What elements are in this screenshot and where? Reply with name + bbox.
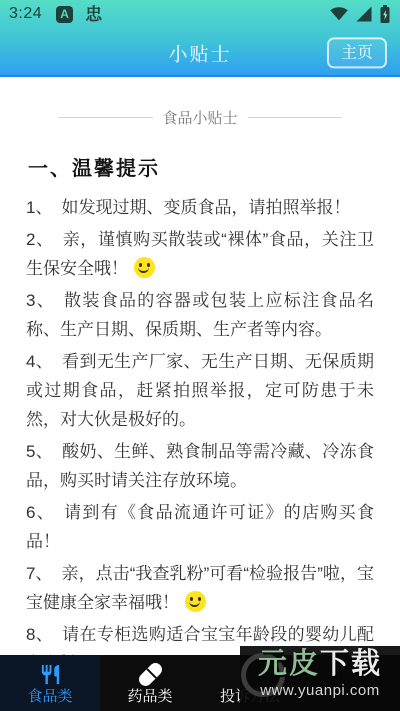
clock-text: 3:24: [9, 5, 42, 23]
tip-number: 5、: [26, 442, 53, 461]
tip-item: 7、亲，点击“我查乳粉”可看“检验报告”啦，宝宝健康全家幸福哦！: [26, 559, 374, 617]
tip-number: 4、: [26, 352, 53, 371]
tip-item: 3、散装食品的容器或包装上应标注食品名称、生产日期、保质期、生产者等内容。: [26, 286, 374, 344]
tip-item: 1、如发现过期、变质食品，请拍照举报！: [26, 193, 374, 222]
tip-text: 亲，谨慎购买散装或“裸体”食品，关注卫生保安全哦！: [26, 230, 374, 278]
tip-number: 6、: [26, 503, 55, 522]
tip-item: 2、亲，谨慎购买散装或“裸体”食品，关注卫生保安全哦！: [26, 225, 374, 283]
status-bar: 3:24 A 忠: [0, 0, 400, 28]
watermark-title: 元皮下载: [240, 646, 400, 682]
tip-item: 6、请到有《食品流通许可证》的店购买食品！: [26, 498, 374, 556]
tip-number: 3、: [26, 291, 55, 310]
watermark-url: www.yuanpi.com: [240, 682, 400, 700]
content-scroll-area[interactable]: 食品小贴士 一、温馨提示 1、如发现过期、变质食品，请拍照举报！ 2、亲，谨慎购…: [0, 77, 400, 655]
cellular-signal-icon: [355, 5, 373, 23]
fork-knife-icon: [39, 661, 62, 687]
battery-charging-icon: [379, 4, 391, 24]
tip-text: 看到无生产厂家、无生产日期、无保质期或过期食品，赶紧拍照举报，定可防患于未然，对…: [26, 352, 374, 429]
tip-item: 4、看到无生产厂家、无生产日期、无保质期或过期食品，赶紧拍照举报，定可防患于未然…: [26, 347, 374, 434]
tab-food-label: 食品类: [27, 689, 72, 705]
tab-medicine-category[interactable]: 药品类: [100, 655, 200, 711]
divider-line-right: [248, 117, 343, 118]
tip-text: 请到有《食品流通许可证》的店购买食品！: [26, 503, 374, 551]
capsule-icon: [137, 661, 164, 687]
tab-food-category[interactable]: 食品类: [0, 655, 100, 711]
divider-line-left: [58, 117, 153, 118]
top-gradient-area: 3:24 A 忠 小贴士 主页: [0, 0, 400, 77]
smiley-emoji-icon: [134, 257, 155, 278]
tip-item: 5、酸奶、生鲜、熟食制品等需冷藏、冷冻食品，购买时请关注存放环境。: [26, 437, 374, 495]
tip-number: 7、: [26, 564, 53, 583]
wifi-icon: [329, 5, 349, 23]
tip-number: 1、: [26, 198, 52, 217]
tab-medicine-label: 药品类: [127, 689, 172, 705]
tip-text: 散装食品的容器或包装上应标注食品名称、生产日期、保质期、生产者等内容。: [26, 291, 374, 339]
tip-text: 酸奶、生鲜、熟食制品等需冷藏、冷冻食品，购买时请关注存放环境。: [26, 442, 374, 490]
home-button[interactable]: 主页: [327, 37, 387, 68]
smiley-emoji-icon: [185, 591, 206, 612]
section-divider: 食品小贴士: [58, 107, 342, 128]
tip-number: 2、: [26, 230, 54, 249]
watermark-overlay: 元皮下载 www.yuanpi.com: [240, 646, 400, 711]
a-notification-icon: A: [56, 6, 73, 23]
app-screen: 3:24 A 忠 小贴士 主页 食品小贴士 一: [0, 0, 400, 711]
tip-number: 8、: [26, 625, 53, 644]
tips-list: 1、如发现过期、变质食品，请拍照举报！ 2、亲，谨慎购买散装或“裸体”食品，关注…: [0, 193, 400, 655]
app-notification-icon: 忠: [85, 6, 102, 23]
app-header: 小贴士 主页: [0, 28, 400, 77]
tips-heading: 一、温馨提示: [28, 152, 400, 181]
section-title: 食品小贴士: [163, 107, 238, 128]
tip-text: 如发现过期、变质食品，请拍照举报！: [61, 198, 350, 217]
